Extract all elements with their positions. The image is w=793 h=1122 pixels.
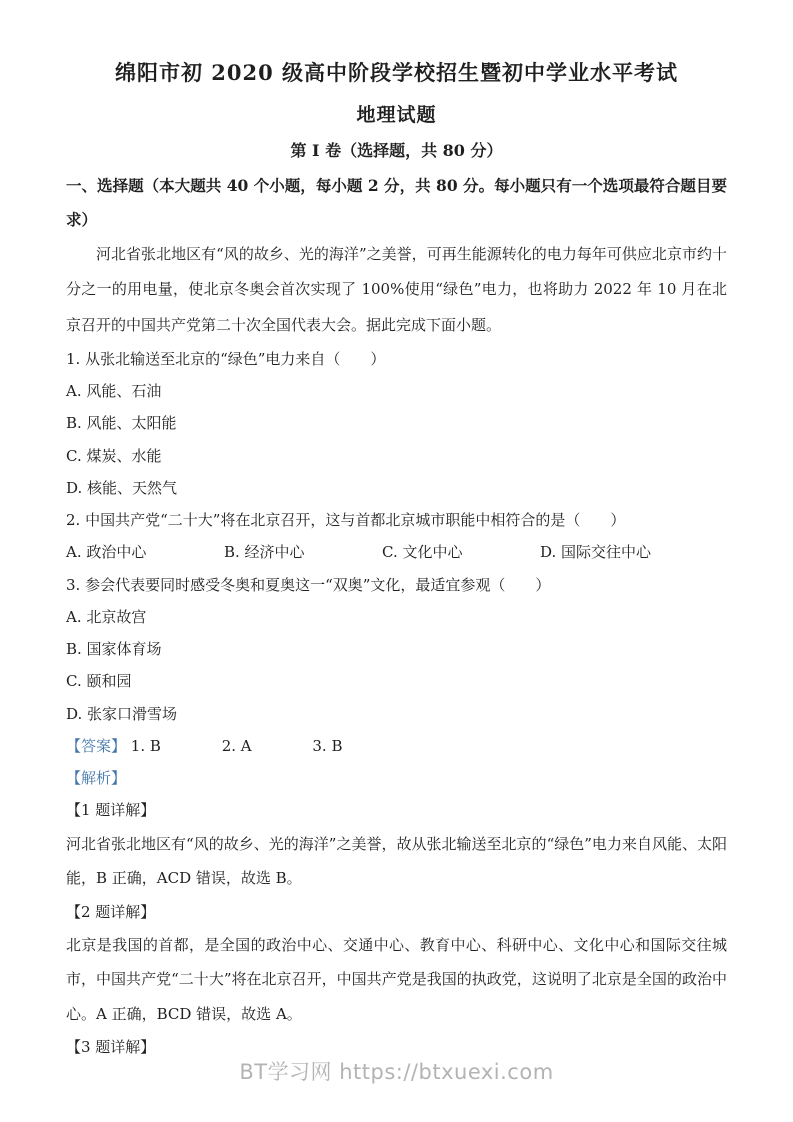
question-2-option-c: C. 文化中心 xyxy=(382,536,540,568)
question-1: 1. 从张北输送至北京的“绿色”电力来自（ ） A. 风能、石油 B. 风能、太… xyxy=(66,343,727,504)
question-3-option-b: B. 国家体育场 xyxy=(66,633,727,665)
answer-item-1: 1. B xyxy=(131,737,161,755)
detail-1-label: 【1 题详解】 xyxy=(66,794,727,826)
question-1-option-a: A. 风能、石油 xyxy=(66,375,727,407)
footer-watermark: BT学习网 https://btxuexi.com xyxy=(0,1056,793,1086)
question-2-stem: 2. 中国共产党“二十大”将在北京召开，这与首都北京城市职能中相符合的是（ ） xyxy=(66,504,727,536)
section-header: 第 I 卷（选择题，共 80 分） xyxy=(66,139,727,163)
analysis-label: 【解析】 xyxy=(66,762,727,794)
detail-2-text: 北京是我国的首都，是全国的政治中心、交通中心、教育中心、科研中心、文化中心和国际… xyxy=(66,928,727,1032)
question-3-option-c: C. 颐和园 xyxy=(66,665,727,697)
answer-item-3: 3. B xyxy=(312,737,342,755)
answer-label: 【答案】 xyxy=(66,737,126,755)
exam-title: 绵阳市初 2020 级高中阶段学校招生暨初中学业水平考试 xyxy=(66,58,727,88)
question-1-option-c: C. 煤炭、水能 xyxy=(66,440,727,472)
answer-line: 【答案】 1. B 2. A 3. B xyxy=(66,730,727,762)
question-3-option-d: D. 张家口滑雪场 xyxy=(66,698,727,730)
question-2-option-a: A. 政治中心 xyxy=(66,536,224,568)
exam-subtitle: 地理试题 xyxy=(66,102,727,129)
question-1-option-b: B. 风能、太阳能 xyxy=(66,407,727,439)
question-2-options: A. 政治中心 B. 经济中心 C. 文化中心 D. 国际交往中心 xyxy=(66,536,727,568)
question-3: 3. 参会代表要同时感受冬奥和夏奥这一“双奥”文化，最适宜参观（ ） A. 北京… xyxy=(66,569,727,730)
question-3-option-a: A. 北京故宫 xyxy=(66,601,727,633)
detail-1-text: 河北省张北地区有“风的故乡、光的海洋”之美誉，故从张北输送至北京的“绿色”电力来… xyxy=(66,827,727,896)
question-2-option-b: B. 经济中心 xyxy=(224,536,382,568)
exam-page: 绵阳市初 2020 级高中阶段学校招生暨初中学业水平考试 地理试题 第 I 卷（… xyxy=(0,0,793,1064)
detail-2-label: 【2 题详解】 xyxy=(66,896,727,928)
question-2: 2. 中国共产党“二十大”将在北京召开，这与首都北京城市职能中相符合的是（ ） … xyxy=(66,504,727,569)
section-instructions: 一、选择题（本大题共 40 个小题，每小题 2 分，共 80 分。每小题只有一个… xyxy=(66,169,727,237)
question-2-option-d: D. 国际交往中心 xyxy=(540,536,651,568)
reading-passage: 河北省张北地区有“风的故乡、光的海洋”之美誉，可再生能源转化的电力每年可供应北京… xyxy=(66,237,727,343)
question-1-option-d: D. 核能、天然气 xyxy=(66,472,727,504)
answer-item-2: 2. A xyxy=(222,737,252,755)
question-1-stem: 1. 从张北输送至北京的“绿色”电力来自（ ） xyxy=(66,343,727,375)
question-3-stem: 3. 参会代表要同时感受冬奥和夏奥这一“双奥”文化，最适宜参观（ ） xyxy=(66,569,727,601)
